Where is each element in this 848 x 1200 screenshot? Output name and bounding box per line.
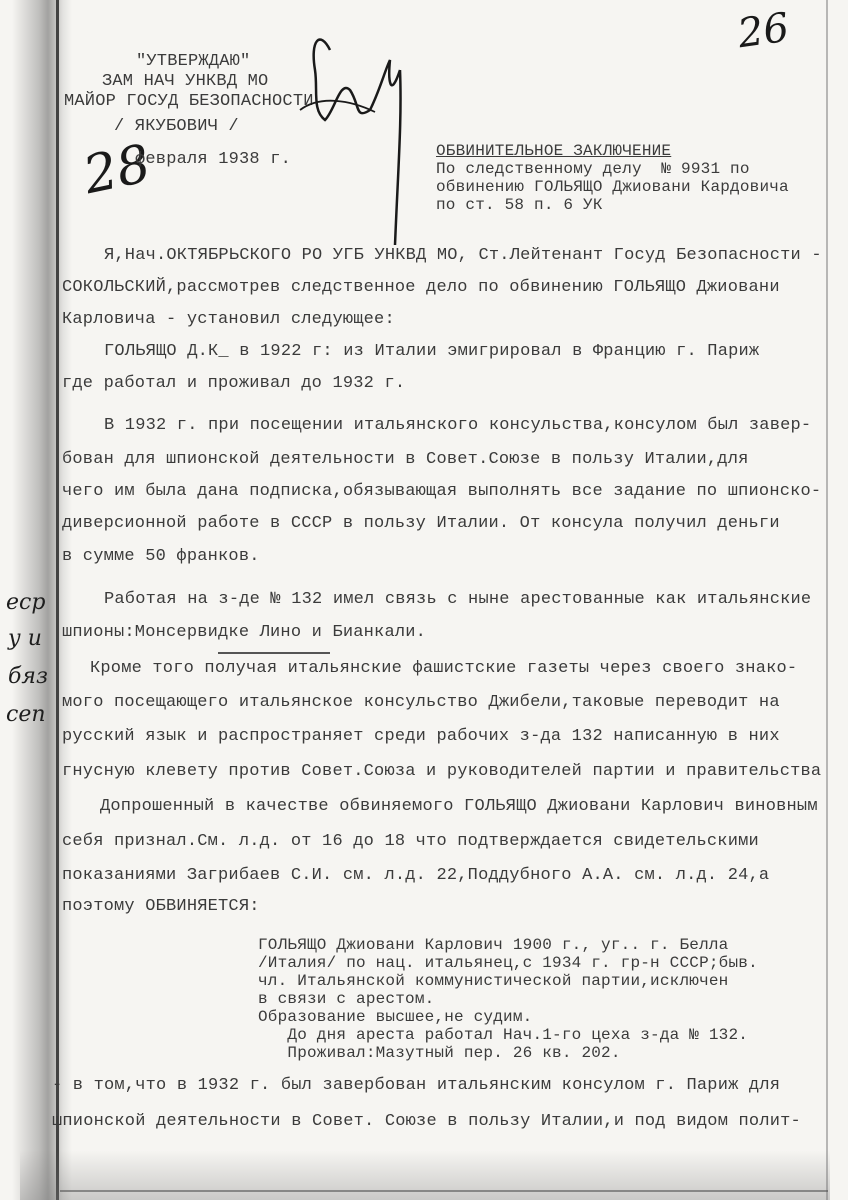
accused-line: Проживал:Мазутный пер. 26 кв. 202. — [258, 1044, 621, 1062]
page-right-edge — [826, 0, 828, 1200]
body-line: Карловича - установил следующее: — [62, 310, 395, 329]
accused-line: чл. Итальянской коммунистической партии,… — [258, 972, 728, 990]
body-line: чего им была дана подписка,обязывающая в… — [62, 482, 821, 501]
body-line: где работал и проживал до 1932 г. — [62, 374, 405, 393]
body-line: показаниями Загрибаев С.И. см. л.д. 22,П… — [62, 866, 769, 885]
approval-date: февраля 1938 г. — [135, 150, 291, 169]
margin-note: еср — [6, 590, 45, 615]
body-line: Я,Нач.ОКТЯБРЬСКОГО РО УГБ УНКВД МО, Ст.Л… — [104, 246, 822, 265]
handwritten-date-day: 28 — [78, 134, 155, 206]
underline-mark — [218, 652, 330, 654]
accused-line: в связи с арестом. — [258, 990, 434, 1008]
body-line: русский язык и распространяет среди рабо… — [62, 727, 780, 746]
accused-line: ГОЛЬЯЩО Джиовани Карлович 1900 г., уг.. … — [258, 936, 728, 954]
accused-line: /Италия/ по нац. итальянец,с 1934 г. гр-… — [258, 954, 758, 972]
body-line: ГОЛЬЯЩО Д.К_ в 1922 г: из Италии эмигрир… — [104, 342, 759, 361]
body-line: СОКОЛЬСКИЙ,рассмотрев следственное дело … — [62, 278, 780, 297]
heading-line: обвинению ГОЛЬЯЩО Джиовани Кардовича — [436, 178, 789, 196]
heading-line: По следственному делу № 9931 по — [436, 160, 750, 178]
heading-line: по ст. 58 п. 6 УК — [436, 196, 603, 214]
body-line: бован для шпионской деятельности в Совет… — [62, 450, 749, 469]
page-bottom-edge — [60, 1190, 828, 1192]
margin-note: у и — [8, 626, 42, 651]
body-line: гнусную клевету против Совет.Союза и рук… — [62, 762, 821, 781]
binding-line — [56, 0, 59, 1200]
body-line: диверсионной работе в СССР в пользу Итал… — [62, 514, 780, 533]
page-bottom-shadow — [20, 1150, 830, 1200]
document-page: 26 "УТВЕРЖДАЮ" ЗАМ НАЧ УНКВД МО МАЙОР ГО… — [0, 0, 848, 1200]
charge-line: шпионской деятельности в Совет. Союзе в … — [52, 1112, 801, 1131]
body-line: шпионы:Монсервидке Лино и Бианкали. — [62, 623, 426, 642]
body-line: мого посещающего итальянское консульство… — [62, 693, 780, 712]
accused-line: Образование высшее,не судим. — [258, 1008, 532, 1026]
approval-rank: МАЙОР ГОСУД БЕЗОПАСНОСТИ — [64, 92, 314, 111]
charge-line: - в том,что в 1932 г. был завербован ита… — [52, 1076, 780, 1095]
approval-stamp: "УТВЕРЖДАЮ" — [136, 52, 250, 71]
approval-name: / ЯКУБОВИЧ / — [114, 117, 239, 136]
body-line: Работая на з-де № 132 имел связь с ныне … — [104, 590, 811, 609]
body-line: в сумме 50 франков. — [62, 547, 260, 566]
margin-note: бяз — [8, 664, 48, 689]
body-line: Допрошенный в качестве обвиняемого ГОЛЬЯ… — [100, 797, 818, 816]
approval-position: ЗАМ НАЧ УНКВД МО — [102, 72, 268, 91]
body-line: В 1932 г. при посещении итальянского кон… — [104, 416, 811, 435]
body-line: поэтому ОБВИНЯЕТСЯ: — [62, 897, 260, 916]
body-line: Кроме того получая итальянские фашистски… — [90, 659, 797, 678]
margin-note: сеп — [6, 702, 46, 727]
document-title: ОБВИНИТЕЛЬНОЕ ЗАКЛЮЧЕНИЕ — [436, 142, 671, 160]
signature — [290, 10, 430, 250]
accused-line: До дня ареста работал Нач.1-го цеха з-да… — [258, 1026, 748, 1044]
handwritten-page-number: 26 — [735, 5, 792, 58]
body-line: себя признал.См. л.д. от 16 до 18 что по… — [62, 832, 759, 851]
